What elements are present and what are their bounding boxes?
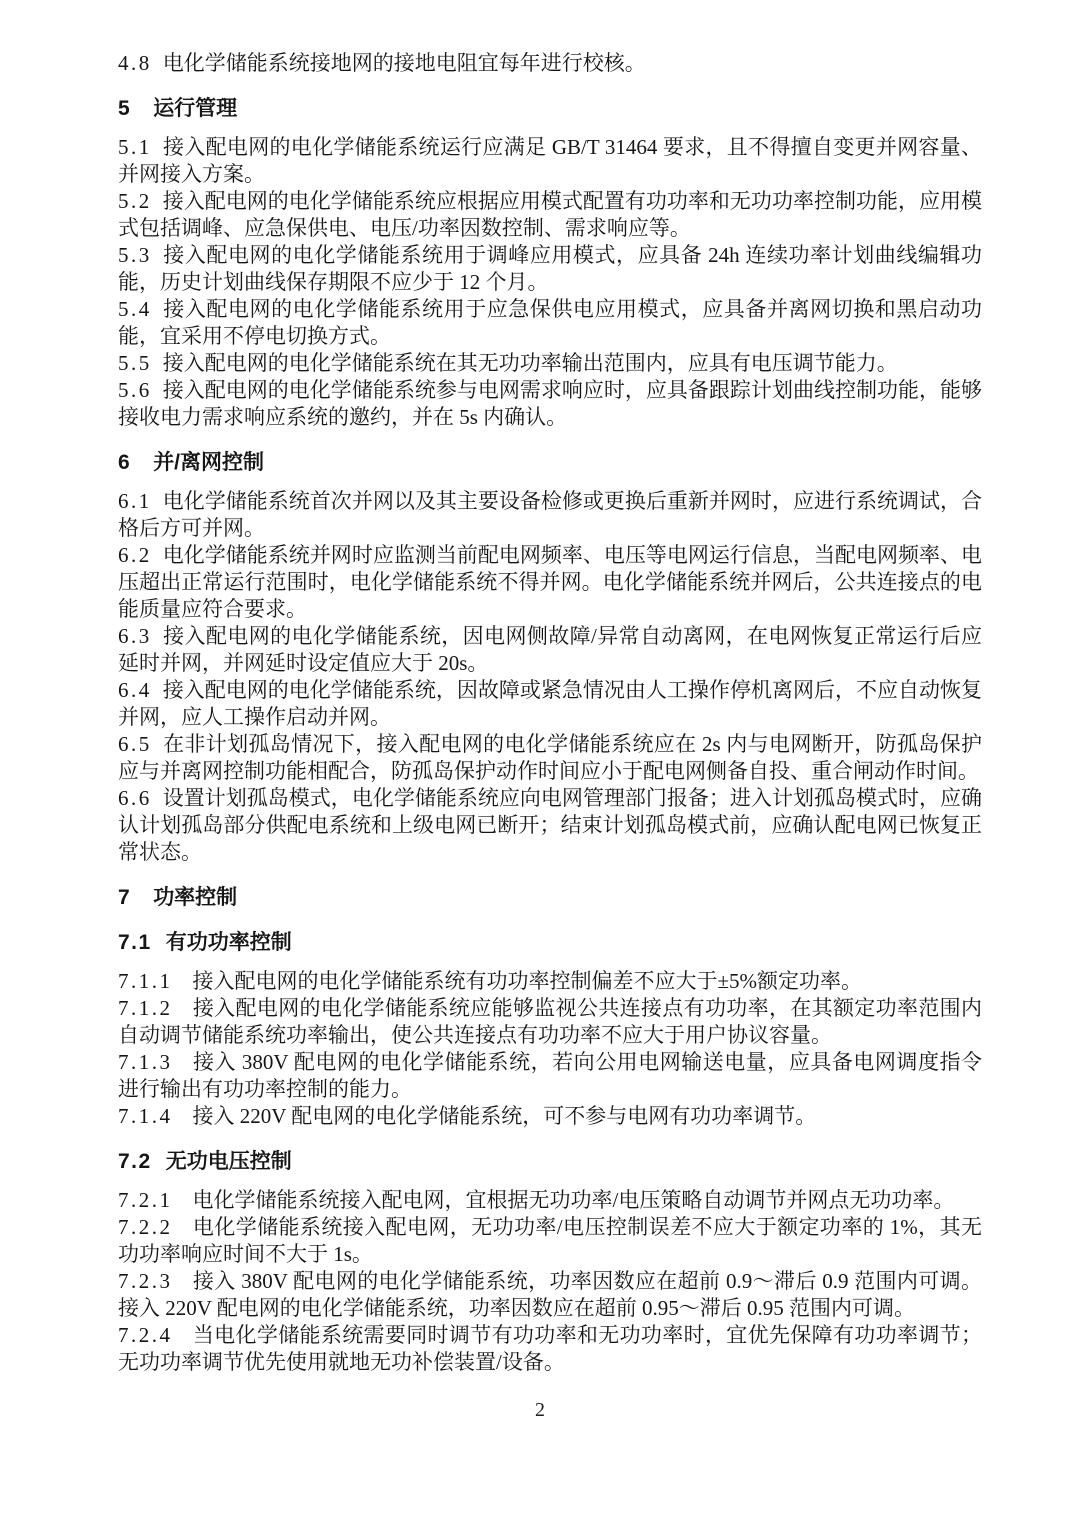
section-7-1-heading: 7.1有功功率控制 <box>118 929 982 956</box>
clause-number: 6.1 <box>118 489 152 513</box>
clause-text: 接入配电网的电化学储能系统用于调峰应用模式，应具备 24h 连续功率计划曲线编辑… <box>118 243 982 294</box>
clause-text: 当电化学储能系统需要同时调节有功功率和无功功率时，宜优先保障有功功率调节；无功功… <box>118 1323 982 1374</box>
clause-5-1: 5.1接入配电网的电化学储能系统运行应满足 GB/T 31464 要求，且不得擅… <box>118 134 982 188</box>
clause-number: 5.3 <box>118 243 152 267</box>
clause-text: 接入配电网的电化学储能系统在其无功功率输出范围内，应具有电压调节能力。 <box>163 351 898 375</box>
clause-number: 7.2.1 <box>118 1188 173 1212</box>
clause-text: 设置计划孤岛模式，电化学储能系统应向电网管理部门报备；进入计划孤岛模式时，应确认… <box>118 786 982 864</box>
clause-number: 5.1 <box>118 135 152 159</box>
clause-number: 6.5 <box>118 732 152 756</box>
document-content: 4.8电化学储能系统接地网的接地电阻宜每年进行校核。 5运行管理 5.1接入配电… <box>118 50 982 1376</box>
clause-7-1-2: 7.1.2接入配电网的电化学储能系统应能够监视公共连接点有功功率，在其额定功率范… <box>118 995 982 1049</box>
clause-text: 接入配电网的电化学储能系统有功功率控制偏差不应大于±5%额定功率。 <box>193 969 863 993</box>
clause-7-2-2: 7.2.2电化学储能系统接入配电网，无功功率/电压控制误差不应大于额定功率的 1… <box>118 1214 982 1268</box>
section-number: 6 <box>118 451 131 474</box>
section-number: 7.1 <box>118 931 152 954</box>
clause-5-6: 5.6接入配电网的电化学储能系统参与电网需求响应时，应具备跟踪计划曲线控制功能，… <box>118 377 982 431</box>
clause-number: 6.2 <box>118 543 152 567</box>
clause-text: 电化学储能系统接地网的接地电阻宜每年进行校核。 <box>163 51 646 75</box>
clause-text: 接入配电网的电化学储能系统运行应满足 GB/T 31464 要求，且不得擅自变更… <box>118 135 982 186</box>
clause-number: 7.2.4 <box>118 1323 173 1347</box>
clause-5-3: 5.3接入配电网的电化学储能系统用于调峰应用模式，应具备 24h 连续功率计划曲… <box>118 242 982 296</box>
clause-number: 7.1.3 <box>118 1050 173 1074</box>
clause-text: 电化学储能系统接入配电网，宜根据无功功率/电压策略自动调节并网点无功功率。 <box>193 1188 955 1212</box>
section-title: 运行管理 <box>153 97 237 120</box>
clause-text: 接入配电网的电化学储能系统应根据应用模式配置有功功率和无功功率控制功能，应用模式… <box>118 189 982 240</box>
clause-7-1-4: 7.1.4接入 220V 配电网的电化学储能系统，可不参与电网有功功率调节。 <box>118 1103 982 1130</box>
clause-6-5: 6.5在非计划孤岛情况下，接入配电网的电化学储能系统应在 2s 内与电网断开，防… <box>118 731 982 785</box>
clause-7-1-3: 7.1.3接入 380V 配电网的电化学储能系统，若向公用电网输送电量，应具备电… <box>118 1049 982 1103</box>
clause-number: 6.6 <box>118 786 152 810</box>
page-number: 2 <box>0 1398 1080 1422</box>
clause-6-6: 6.6设置计划孤岛模式，电化学储能系统应向电网管理部门报备；进入计划孤岛模式时，… <box>118 785 982 866</box>
clause-text: 接入 220V 配电网的电化学储能系统，可不参与电网有功功率调节。 <box>193 1104 817 1128</box>
section-title: 功率控制 <box>153 886 237 909</box>
clause-number: 5.6 <box>118 378 152 402</box>
clause-7-2-3: 7.2.3接入 380V 配电网的电化学储能系统，功率因数应在超前 0.9～滞后… <box>118 1268 982 1322</box>
clause-4-8: 4.8电化学储能系统接地网的接地电阻宜每年进行校核。 <box>118 50 982 77</box>
clause-text: 接入配电网的电化学储能系统应能够监视公共连接点有功功率，在其额定功率范围内自动调… <box>118 996 982 1047</box>
section-6-heading: 6并/离网控制 <box>118 449 982 476</box>
clause-text: 在非计划孤岛情况下，接入配电网的电化学储能系统应在 2s 内与电网断开，防孤岛保… <box>118 732 982 783</box>
clause-5-5: 5.5接入配电网的电化学储能系统在其无功功率输出范围内，应具有电压调节能力。 <box>118 350 982 377</box>
clause-number: 6.4 <box>118 678 152 702</box>
section-5-heading: 5运行管理 <box>118 95 982 122</box>
clause-text: 电化学储能系统并网时应监测当前配电网频率、电压等电网运行信息，当配电网频率、电压… <box>118 543 982 621</box>
clause-6-1: 6.1电化学储能系统首次并网以及其主要设备检修或更换后重新并网时，应进行系统调试… <box>118 488 982 542</box>
clause-7-2-4: 7.2.4当电化学储能系统需要同时调节有功功率和无功功率时，宜优先保障有功功率调… <box>118 1322 982 1376</box>
clause-5-2: 5.2接入配电网的电化学储能系统应根据应用模式配置有功功率和无功功率控制功能，应… <box>118 188 982 242</box>
clause-7-2-1: 7.2.1电化学储能系统接入配电网，宜根据无功功率/电压策略自动调节并网点无功功… <box>118 1187 982 1214</box>
clause-7-1-1: 7.1.1接入配电网的电化学储能系统有功功率控制偏差不应大于±5%额定功率。 <box>118 968 982 995</box>
section-number: 7 <box>118 886 131 909</box>
section-title: 有功功率控制 <box>166 931 292 954</box>
clause-number: 5.4 <box>118 297 152 321</box>
section-number: 5 <box>118 97 131 120</box>
clause-text: 接入配电网的电化学储能系统用于应急保供电应用模式，应具备并离网切换和黑启动功能，… <box>118 297 982 348</box>
clause-number: 7.1.4 <box>118 1104 173 1128</box>
clause-6-3: 6.3接入配电网的电化学储能系统，因电网侧故障/异常自动离网，在电网恢复正常运行… <box>118 623 982 677</box>
clause-text: 电化学储能系统首次并网以及其主要设备检修或更换后重新并网时，应进行系统调试，合格… <box>118 489 982 540</box>
section-7-2-heading: 7.2无功电压控制 <box>118 1148 982 1175</box>
clause-number: 4.8 <box>118 51 152 75</box>
clause-5-4: 5.4接入配电网的电化学储能系统用于应急保供电应用模式，应具备并离网切换和黑启动… <box>118 296 982 350</box>
clause-number: 7.1.1 <box>118 969 173 993</box>
section-number: 7.2 <box>118 1150 152 1173</box>
section-7-heading: 7功率控制 <box>118 884 982 911</box>
clause-number: 5.5 <box>118 351 152 375</box>
clause-text: 接入配电网的电化学储能系统，因故障或紧急情况由人工操作停机离网后，不应自动恢复并… <box>118 678 982 729</box>
clause-number: 7.2.3 <box>118 1269 173 1293</box>
clause-6-4: 6.4接入配电网的电化学储能系统，因故障或紧急情况由人工操作停机离网后，不应自动… <box>118 677 982 731</box>
section-title: 并/离网控制 <box>153 451 264 474</box>
clause-number: 7.1.2 <box>118 996 173 1020</box>
clause-text: 接入配电网的电化学储能系统，因电网侧故障/异常自动离网，在电网恢复正常运行后应延… <box>118 624 982 675</box>
clause-6-2: 6.2电化学储能系统并网时应监测当前配电网频率、电压等电网运行信息，当配电网频率… <box>118 542 982 623</box>
clause-number: 6.3 <box>118 624 152 648</box>
clause-text: 接入配电网的电化学储能系统参与电网需求响应时，应具备跟踪计划曲线控制功能，能够接… <box>118 378 982 429</box>
clause-number: 5.2 <box>118 189 152 213</box>
clause-number: 7.2.2 <box>118 1215 173 1239</box>
document-page: 4.8电化学储能系统接地网的接地电阻宜每年进行校核。 5运行管理 5.1接入配电… <box>0 0 1080 1527</box>
clause-text: 接入 380V 配电网的电化学储能系统，若向公用电网输送电量，应具备电网调度指令… <box>118 1050 982 1101</box>
clause-text: 接入 380V 配电网的电化学储能系统，功率因数应在超前 0.9～滞后 0.9 … <box>118 1269 982 1320</box>
section-title: 无功电压控制 <box>166 1150 292 1173</box>
clause-text: 电化学储能系统接入配电网，无功功率/电压控制误差不应大于额定功率的 1%，其无功… <box>118 1215 982 1266</box>
